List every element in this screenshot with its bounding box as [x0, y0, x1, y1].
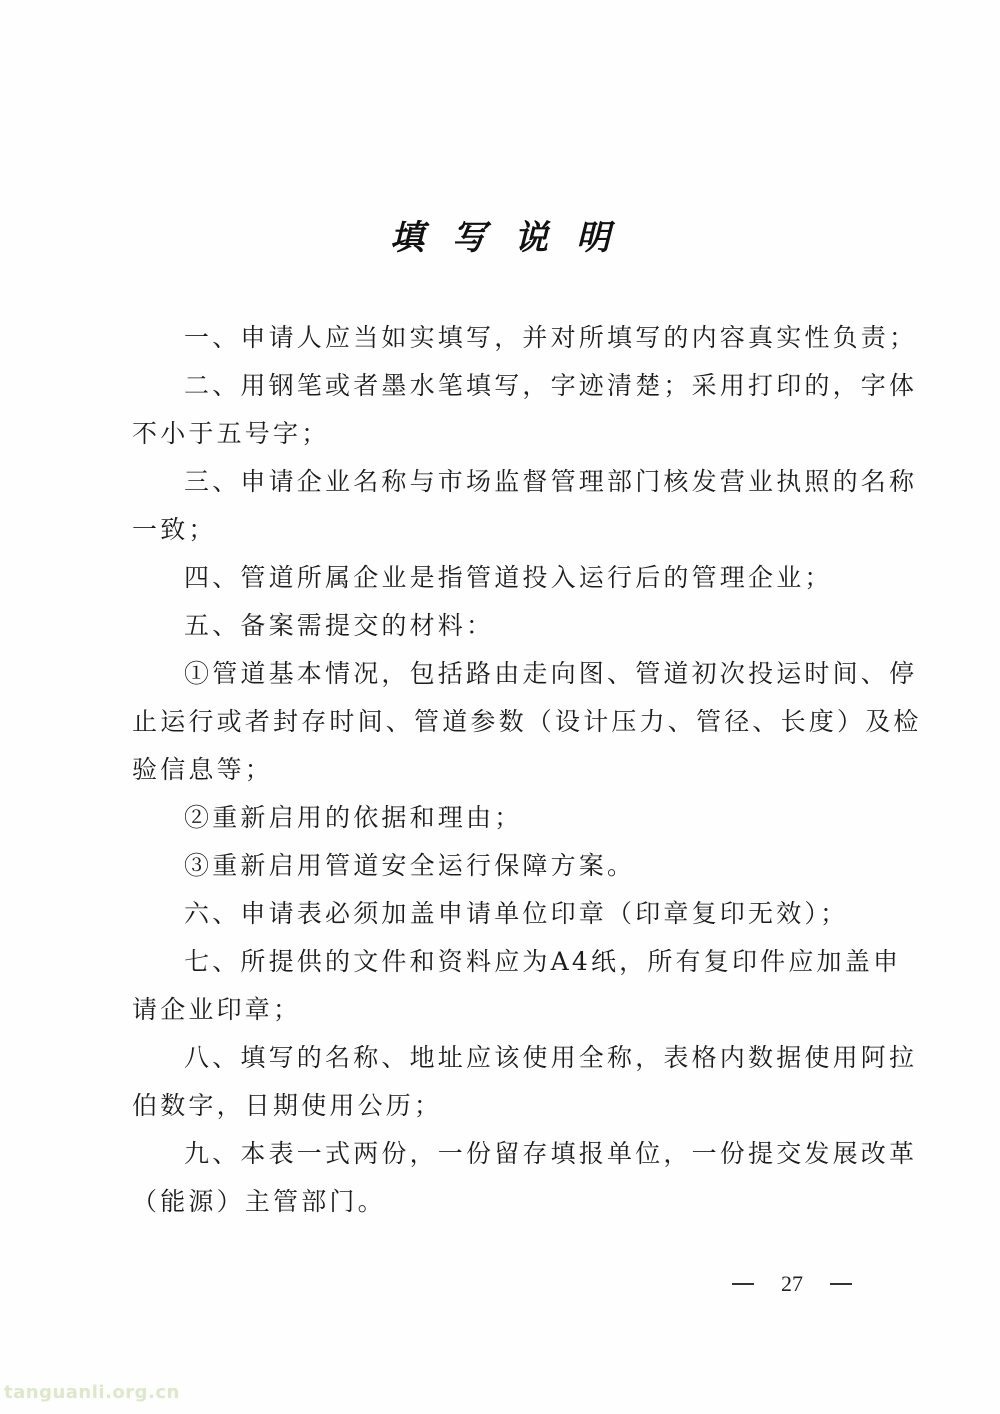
document-page: 填写说明 一、申请人应当如实填写，并对所填写的内容真实性负责； 二、用钢笔或者墨…: [0, 0, 1000, 1414]
instruction-line: 三、申请企业名称与市场监督管理部门核发营业执照的名称: [132, 458, 874, 506]
instruction-line: （能源）主管部门。: [132, 1178, 874, 1226]
instruction-line: 七、所提供的文件和资料应为A4纸，所有复印件应加盖申: [132, 938, 874, 986]
instruction-line: ③重新启用管道安全运行保障方案。: [132, 842, 874, 890]
page-number-value: 27: [781, 1266, 803, 1302]
page-number: 27: [732, 1266, 852, 1302]
instruction-line: 伯数字，日期使用公历；: [132, 1082, 874, 1130]
instructions-body: 一、申请人应当如实填写，并对所填写的内容真实性负责； 二、用钢笔或者墨水笔填写，…: [132, 314, 874, 1226]
instruction-line: 验信息等；: [132, 746, 874, 794]
instruction-line: ①管道基本情况，包括路由走向图、管道初次投运时间、停: [132, 650, 874, 698]
page-title: 填写说明: [0, 212, 1000, 264]
dash-right-icon: [830, 1283, 852, 1285]
instruction-line: ②重新启用的依据和理由；: [132, 794, 874, 842]
instruction-line: 六、申请表必须加盖申请单位印章（印章复印无效）；: [132, 890, 874, 938]
instruction-line: 二、用钢笔或者墨水笔填写，字迹清楚；采用打印的，字体: [132, 362, 874, 410]
instruction-line: 不小于五号字；: [132, 410, 874, 458]
dash-left-icon: [732, 1283, 754, 1285]
instruction-line: 一、申请人应当如实填写，并对所填写的内容真实性负责；: [132, 314, 874, 362]
instruction-line: 一致；: [132, 506, 874, 554]
instruction-line: 八、填写的名称、地址应该使用全称，表格内数据使用阿拉: [132, 1034, 874, 1082]
instruction-line: 九、本表一式两份，一份留存填报单位，一份提交发展改革: [132, 1130, 874, 1178]
instruction-line: 请企业印章；: [132, 986, 874, 1034]
instruction-line: 五、备案需提交的材料：: [132, 602, 874, 650]
instruction-line: 止运行或者封存时间、管道参数（设计压力、管径、长度）及检: [132, 698, 874, 746]
instruction-line: 四、管道所属企业是指管道投入运行后的管理企业；: [132, 554, 874, 602]
watermark: tanguanli.org.cn: [4, 1382, 180, 1403]
